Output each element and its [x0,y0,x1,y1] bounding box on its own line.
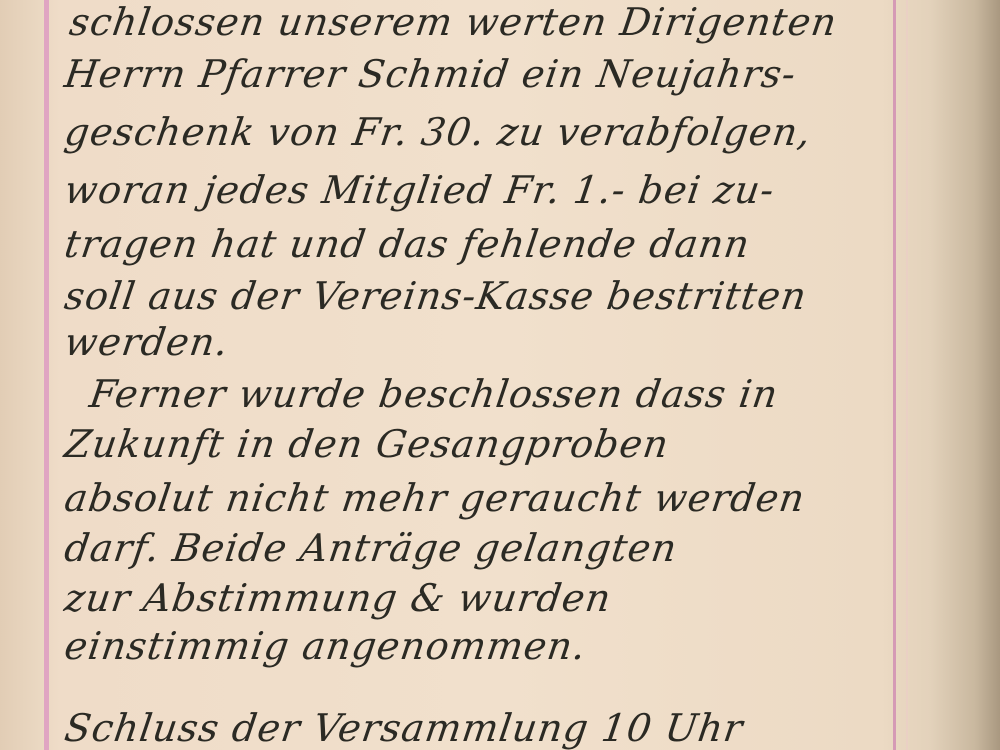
text-line: absolut nicht mehr geraucht werden [62,476,808,520]
right-margin-line [893,0,896,750]
right-margin-line-faint [906,0,908,750]
text-line: soll aus der Vereins-Kasse bestritten [62,274,810,318]
text-line: einstimmig angenommen. [62,624,589,668]
text-line: schlossen unserem werten Dirigenten [67,0,840,44]
text-line: tragen hat und das fehlende dann [62,222,753,266]
notebook-page: schlossen unserem werten Dirigenten Herr… [0,0,1000,750]
text-line: woran jedes Mitglied Fr. 1.- bei zu- [62,168,778,212]
text-line: werden. [62,320,232,364]
text-line: Ferner wurde beschlossen dass in [87,372,781,416]
text-line: Herrn Pfarrer Schmid ein Neujahrs- [62,52,799,96]
text-line: darf. Beide Anträge gelangten [62,526,680,570]
text-line: zur Abstimmung & wurden [62,576,614,620]
text-line: Zukunft in den Gesangproben [62,422,672,466]
text-line: geschenk von Fr. 30. zu verabfolgen, [62,110,814,154]
left-margin-line [44,0,49,750]
text-line: Schluss der Versammlung 10 Uhr [62,706,746,750]
